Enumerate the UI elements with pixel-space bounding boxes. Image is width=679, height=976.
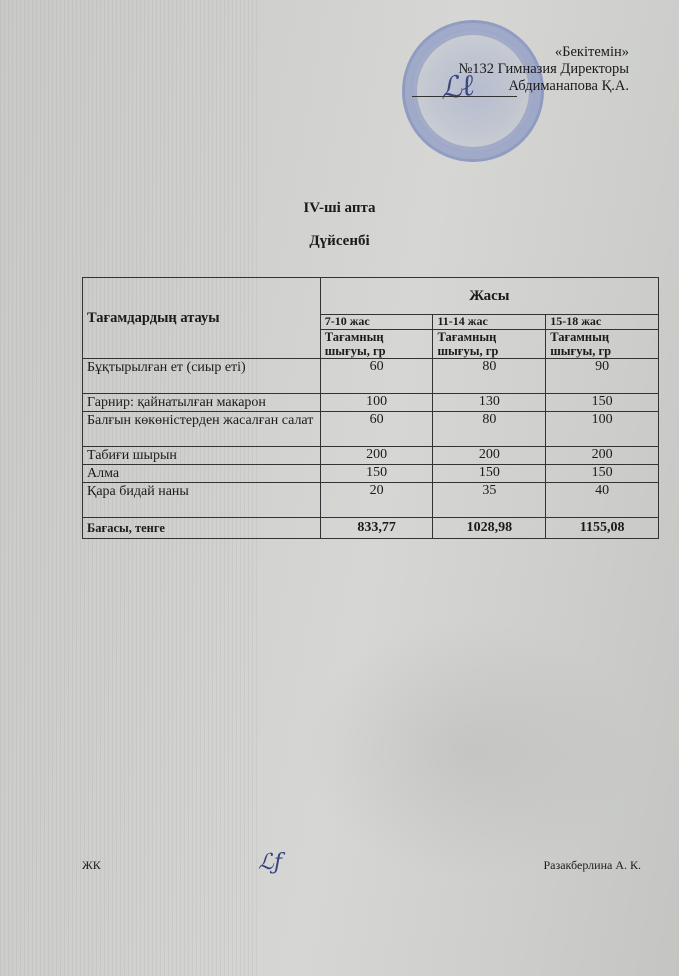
age-group-11-14: 11-14 жас bbox=[433, 315, 546, 330]
signature-line bbox=[412, 96, 517, 97]
age-group-15-18: 15-18 жас bbox=[546, 315, 659, 330]
portion-value: 150 bbox=[320, 465, 433, 483]
table-row: Гарнир: қайнатылған макарон 100 130 150 bbox=[83, 394, 659, 412]
dish-name: Балғын көкөністерден жасалған салат bbox=[83, 412, 321, 447]
portion-value: 35 bbox=[433, 483, 546, 518]
week-title: IV-ші апта bbox=[0, 200, 679, 217]
approval-line-1: «Бекітемін» bbox=[458, 44, 629, 61]
portion-value: 90 bbox=[546, 359, 659, 394]
dish-name-header: Тағамдардың атауы bbox=[83, 278, 321, 359]
approval-line-2: №132 Гимназия Директоры bbox=[458, 61, 629, 78]
price-value: 1155,08 bbox=[546, 518, 659, 539]
table-row: Алма 150 150 150 bbox=[83, 465, 659, 483]
menu-table: Тағамдардың атауы Жасы 7-10 жас 11-14 жа… bbox=[82, 277, 659, 539]
table-row: Табиғи шырын 200 200 200 bbox=[83, 447, 659, 465]
portion-value: 100 bbox=[320, 394, 433, 412]
total-row: Бағасы, тенге 833,77 1028,98 1155,08 bbox=[83, 518, 659, 539]
age-header: Жасы bbox=[320, 278, 658, 315]
approval-block: «Бекітемін» №132 Гимназия Директоры Абди… bbox=[458, 44, 629, 95]
price-label: Бағасы, тенге bbox=[83, 518, 321, 539]
dish-name: Алма bbox=[83, 465, 321, 483]
portion-value: 200 bbox=[320, 447, 433, 465]
portion-value: 80 bbox=[433, 359, 546, 394]
age-group-7-10: 7-10 жас bbox=[320, 315, 433, 330]
portion-value: 100 bbox=[546, 412, 659, 447]
table-row: Балғын көкөністерден жасалған салат 60 8… bbox=[83, 412, 659, 447]
approval-line-3: Абдиманапова Қ.А. bbox=[458, 78, 629, 95]
portion-value: 20 bbox=[320, 483, 433, 518]
portion-value: 40 bbox=[546, 483, 659, 518]
dish-name: Қара бидай наны bbox=[83, 483, 321, 518]
unit-header: Тағамның шығуы, гр bbox=[433, 330, 546, 359]
footer-signature-icon: ℒƒ bbox=[258, 850, 282, 875]
footer-left-label: ЖК bbox=[82, 858, 101, 873]
portion-value: 200 bbox=[433, 447, 546, 465]
portion-value: 60 bbox=[320, 359, 433, 394]
portion-value: 150 bbox=[433, 465, 546, 483]
dish-name: Бұқтырылған ет (сиыр еті) bbox=[83, 359, 321, 394]
dish-name: Табиғи шырын bbox=[83, 447, 321, 465]
portion-value: 150 bbox=[546, 465, 659, 483]
portion-value: 130 bbox=[433, 394, 546, 412]
table-row: Бұқтырылған ет (сиыр еті) 60 80 90 bbox=[83, 359, 659, 394]
unit-header: Тағамның шығуы, гр bbox=[320, 330, 433, 359]
paper-shadow bbox=[300, 620, 640, 880]
price-value: 833,77 bbox=[320, 518, 433, 539]
unit-header: Тағамның шығуы, гр bbox=[546, 330, 659, 359]
portion-value: 60 bbox=[320, 412, 433, 447]
dish-name: Гарнир: қайнатылған макарон bbox=[83, 394, 321, 412]
portion-value: 200 bbox=[546, 447, 659, 465]
price-value: 1028,98 bbox=[433, 518, 546, 539]
footer-signer-name: Разакберлина А. К. bbox=[543, 858, 641, 873]
table-row: Қара бидай наны 20 35 40 bbox=[83, 483, 659, 518]
day-title: Дүйсенбі bbox=[0, 233, 679, 250]
portion-value: 150 bbox=[546, 394, 659, 412]
portion-value: 80 bbox=[433, 412, 546, 447]
